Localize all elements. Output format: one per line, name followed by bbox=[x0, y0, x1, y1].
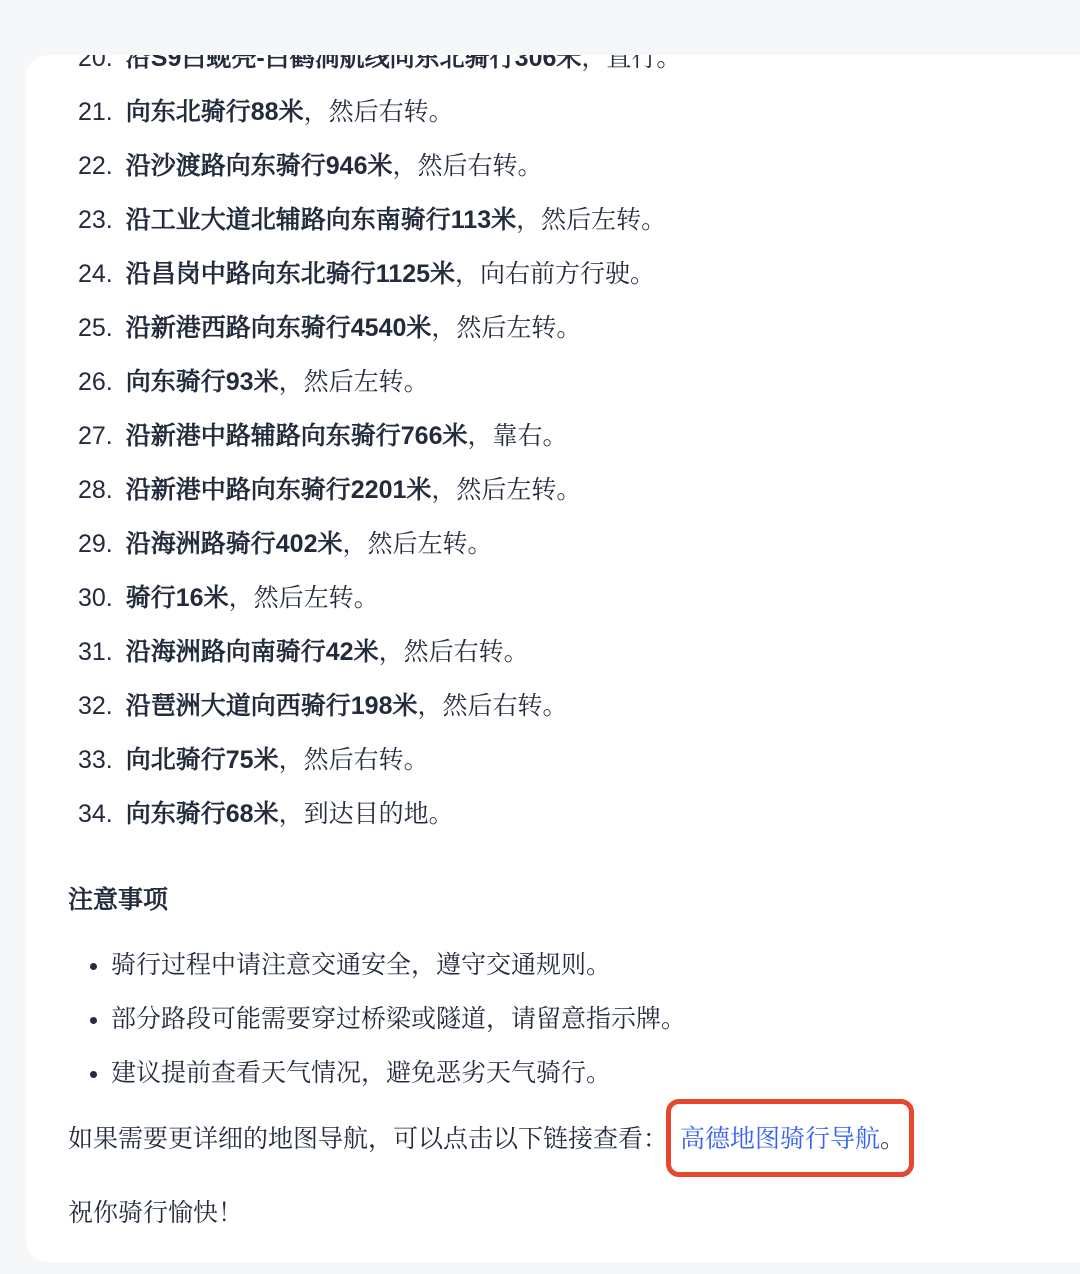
route-step: 24.沿昌岗中路向东北骑行1125米，向右前方行驶。 bbox=[78, 247, 1080, 301]
step-action: ，然后左转。 bbox=[516, 206, 666, 234]
step-instruction: 沿海洲路向南骑行42米 bbox=[126, 638, 379, 666]
link-highlight-wrap: 高德地图骑行导航。 bbox=[680, 1114, 905, 1164]
bullet-dot-icon bbox=[90, 963, 97, 970]
step-action: ，然后右转。 bbox=[279, 746, 429, 774]
step-action: ，然后右转。 bbox=[392, 152, 542, 180]
route-step: 20.沿S9白蚬壳-白鹤洞航线向东北骑行306米，直行。 bbox=[78, 55, 1080, 85]
step-number: 33. bbox=[78, 733, 113, 787]
route-step: 29.沿海洲路骑行402米，然后左转。 bbox=[78, 517, 1080, 571]
step-instruction: 沿琶洲大道向西骑行198米 bbox=[126, 692, 418, 720]
step-action: ，向右前方行驶。 bbox=[455, 260, 655, 288]
route-step: 28.沿新港中路向东骑行2201米，然后左转。 bbox=[78, 463, 1080, 517]
step-number: 30. bbox=[78, 571, 113, 625]
route-step: 22.沿沙渡路向东骑行946米，然后右转。 bbox=[78, 139, 1080, 193]
route-step: 30.骑行16米，然后左转。 bbox=[78, 571, 1080, 625]
closing-line: 祝你骑行愉快！ bbox=[26, 1188, 1080, 1238]
step-action: ，靠右。 bbox=[467, 422, 567, 450]
route-step: 25.沿新港西路向东骑行4540米，然后左转。 bbox=[78, 301, 1080, 355]
step-number: 32. bbox=[78, 679, 113, 733]
step-action: ，然后右转。 bbox=[379, 638, 529, 666]
step-action: ，然后左转。 bbox=[431, 314, 581, 342]
step-number: 34. bbox=[78, 787, 113, 841]
step-instruction: 沿S9白蚬壳-白鹤洞航线向东北骑行306米 bbox=[126, 55, 582, 72]
step-number: 29. bbox=[78, 517, 113, 571]
bullet-dot-icon bbox=[90, 1071, 97, 1078]
step-number: 24. bbox=[78, 247, 113, 301]
step-action: ，然后右转。 bbox=[304, 98, 454, 126]
step-instruction: 沿海洲路骑行402米 bbox=[126, 530, 343, 558]
assistant-message-card: 20.沿S9白蚬壳-白鹤洞航线向东北骑行306米，直行。21.向东北骑行88米，… bbox=[26, 55, 1080, 1262]
step-instruction: 沿新港西路向东骑行4540米 bbox=[126, 314, 432, 342]
step-instruction: 沿昌岗中路向东北骑行1125米 bbox=[126, 260, 455, 288]
step-number: 21. bbox=[78, 85, 113, 139]
step-number: 26. bbox=[78, 355, 113, 409]
amap-cycling-link[interactable]: 高德地图骑行导航 bbox=[680, 1125, 880, 1153]
step-action: ，然后右转。 bbox=[417, 692, 567, 720]
step-number: 23. bbox=[78, 193, 113, 247]
step-number: 27. bbox=[78, 409, 113, 463]
step-number: 31. bbox=[78, 625, 113, 679]
note-item: 部分路段可能需要穿过桥梁或隧道，请留意指示牌。 bbox=[90, 992, 1080, 1046]
step-instruction: 向东骑行68米 bbox=[126, 800, 279, 828]
route-step: 26.向东骑行93米，然后左转。 bbox=[78, 355, 1080, 409]
notes-list: 骑行过程中请注意交通安全，遵守交通规则。部分路段可能需要穿过桥梁或隧道，请留意指… bbox=[26, 938, 1080, 1100]
note-text: 部分路段可能需要穿过桥梁或隧道，请留意指示牌。 bbox=[111, 1005, 686, 1033]
route-step: 34.向东骑行68米，到达目的地。 bbox=[78, 787, 1080, 841]
route-step: 21.向东北骑行88米，然后右转。 bbox=[78, 85, 1080, 139]
route-step: 27.沿新港中路辅路向东骑行766米，靠右。 bbox=[78, 409, 1080, 463]
chat-page-background: 20.沿S9白蚬壳-白鹤洞航线向东北骑行306米，直行。21.向东北骑行88米，… bbox=[0, 0, 1080, 1274]
step-instruction: 向北骑行75米 bbox=[126, 746, 279, 774]
route-step: 23.沿工业大道北辅路向东南骑行113米，然后左转。 bbox=[78, 193, 1080, 247]
step-action: ，直行。 bbox=[581, 55, 681, 72]
route-step: 31.沿海洲路向南骑行42米，然后右转。 bbox=[78, 625, 1080, 679]
note-item: 建议提前查看天气情况，避免恶劣天气骑行。 bbox=[90, 1046, 1080, 1100]
link-period: 。 bbox=[880, 1125, 905, 1153]
note-text: 骑行过程中请注意交通安全，遵守交通规则。 bbox=[111, 951, 611, 979]
step-action: ，然后左转。 bbox=[431, 476, 581, 504]
route-steps-list: 20.沿S9白蚬壳-白鹤洞航线向东北骑行306米，直行。21.向东北骑行88米，… bbox=[26, 55, 1080, 841]
step-number: 25. bbox=[78, 301, 113, 355]
step-action: ，然后左转。 bbox=[229, 584, 379, 612]
step-instruction: 骑行16米 bbox=[126, 584, 229, 612]
note-text: 建议提前查看天气情况，避免恶劣天气骑行。 bbox=[111, 1059, 611, 1087]
step-number: 28. bbox=[78, 463, 113, 517]
step-instruction: 沿工业大道北辅路向东南骑行113米 bbox=[126, 206, 516, 234]
step-instruction: 向东骑行93米 bbox=[126, 368, 279, 396]
route-step: 33.向北骑行75米，然后右转。 bbox=[78, 733, 1080, 787]
step-number: 22. bbox=[78, 139, 113, 193]
step-instruction: 向东北骑行88米 bbox=[126, 98, 304, 126]
step-instruction: 沿新港中路辅路向东骑行766米 bbox=[126, 422, 468, 450]
step-instruction: 沿新港中路向东骑行2201米 bbox=[126, 476, 432, 504]
bullet-dot-icon bbox=[90, 1017, 97, 1024]
map-link-paragraph: 如果需要更详细的地图导航，可以点击以下链接查看：高德地图骑行导航。 bbox=[26, 1114, 1080, 1164]
step-action: ，到达目的地。 bbox=[279, 800, 454, 828]
note-item: 骑行过程中请注意交通安全，遵守交通规则。 bbox=[90, 938, 1080, 992]
step-number: 20. bbox=[78, 55, 113, 85]
link-lead-text: 如果需要更详细的地图导航，可以点击以下链接查看： bbox=[68, 1125, 668, 1153]
step-instruction: 沿沙渡路向东骑行946米 bbox=[126, 152, 393, 180]
notes-heading: 注意事项 bbox=[26, 878, 1080, 922]
route-step: 32.沿琶洲大道向西骑行198米，然后右转。 bbox=[78, 679, 1080, 733]
step-action: ，然后左转。 bbox=[279, 368, 429, 396]
step-action: ，然后左转。 bbox=[342, 530, 492, 558]
